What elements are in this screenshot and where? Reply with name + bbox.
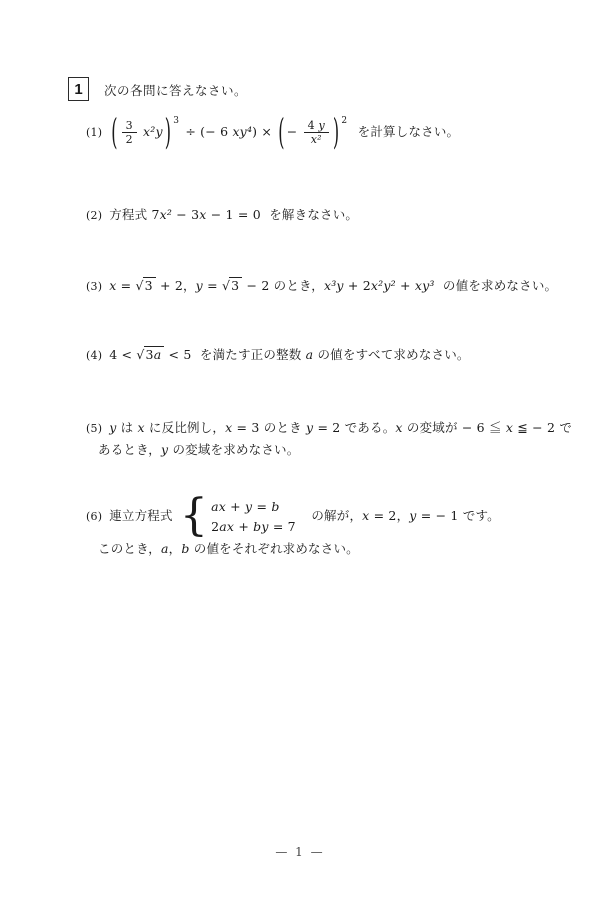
math-text: ≦ − 2 で (513, 420, 572, 435)
problem-6-line1: 連立方程式 {ax + y = b2ax + by = 7 の解が，x = 2，… (109, 508, 500, 523)
square-root: √3a (136, 347, 164, 362)
math-text: ÷ (− 6 (181, 124, 232, 139)
math-text: は (116, 420, 137, 435)
problem-4-math: 4 < √3a < 5 を満たす正の整数 a の値をすべて求めなさい。 (109, 347, 469, 362)
problem-2-math: 方程式 7x² − 3x − 1 = 0 を解きなさい。 (109, 207, 358, 222)
fraction: 4 yx² (304, 119, 329, 146)
math-variable: b (271, 499, 279, 514)
math-variable: ax (219, 519, 234, 534)
brace-icon: { (180, 494, 208, 538)
math-text: = 7 (269, 519, 296, 534)
math-text: 連立方程式 (109, 508, 177, 523)
math-text: ， (169, 541, 182, 556)
math-variable: b (181, 541, 189, 556)
radicand: 3a (144, 346, 165, 363)
square-root: √3 (135, 278, 155, 293)
math-text: 4 (308, 119, 319, 132)
equation-1: ax + y = b (211, 499, 296, 514)
instruction-text: 次の各問に答えなさい。 (104, 81, 247, 99)
problem-1: (1)(32 x²y)3 ÷ (− 6 xy⁴) × (− 4 yx²)2 を計… (86, 119, 584, 146)
paren-icon: ( (111, 115, 117, 150)
math-text: = − 1 です。 (417, 508, 500, 523)
math-text: + (396, 278, 415, 293)
math-text: = 3 のとき (232, 420, 306, 435)
equation-2: 2ax + by = 7 (211, 519, 296, 534)
math-text: を計算しなさい。 (349, 124, 459, 139)
math-variable: a (154, 347, 162, 362)
math-text: あるとき， (98, 442, 161, 457)
math-variable: xy⁴ (232, 124, 252, 139)
paren-icon: ( (278, 115, 284, 150)
math-text: このとき， (98, 541, 161, 556)
paren-icon: ) (165, 115, 171, 150)
math-variable: xy³ (415, 278, 435, 293)
math-text: 3 (231, 278, 239, 293)
math-text: = (116, 278, 135, 293)
numerator: 3 (122, 119, 137, 132)
equations: ax + y = b2ax + by = 7 (211, 499, 296, 534)
fraction: 32 (122, 119, 137, 146)
problem-3: (3)x = √3 + 2，y = √3 − 2 のとき，x³y + 2x²y²… (86, 275, 584, 297)
denominator: x² (304, 132, 329, 146)
math-text: = 2， (369, 508, 409, 523)
problem-4: (4)4 < √3a < 5 を満たす正の整数 a の値をすべて求めなさい。 (86, 344, 584, 366)
math-text: + 2 (344, 278, 371, 293)
math-text: に反比例し， (145, 420, 225, 435)
math-variable: x (138, 420, 145, 435)
exponent: 2 (341, 114, 347, 130)
problem-6-label: (6) (86, 510, 102, 523)
math-text: の解が， (299, 508, 362, 523)
math-text: = 2 である。 (313, 420, 395, 435)
problem-5-line2: あるとき，y の変域を求めなさい。 (98, 442, 299, 457)
math-text: 3 (145, 278, 153, 293)
math-text: の変域が − 6 ≦ (403, 420, 506, 435)
math-text: 2 (211, 519, 219, 534)
math-text: 3 (126, 119, 133, 132)
numerator: 4 y (304, 119, 329, 132)
math-variable: x³y (324, 278, 344, 293)
equation-system: {ax + y = b2ax + by = 7 (180, 494, 296, 538)
denominator: 2 (122, 132, 137, 146)
math-variable: by (253, 519, 268, 534)
problem-2: (2)方程式 7x² − 3x − 1 = 0 を解きなさい。 (86, 204, 584, 226)
exponent: 3 (173, 114, 179, 130)
math-variable: x²y (143, 124, 163, 139)
problem-5: (5)y は x に反比例し，x = 3 のとき y = 2 である。x の変域… (86, 417, 584, 461)
math-text: + (234, 519, 253, 534)
math-text: + 2， (156, 278, 196, 293)
radicand: 3 (143, 277, 156, 294)
math-text: 4 < (109, 347, 136, 362)
math-text: − (287, 124, 302, 139)
math-text: 方程式 7 (109, 207, 159, 222)
math-text: の値をそれぞれ求めなさい。 (190, 541, 359, 556)
paren-icon: ) (333, 115, 339, 150)
math-text: の値をすべて求めなさい。 (313, 347, 469, 362)
exam-page: 1 次の各問に答えなさい。 (1)(32 x²y)3 ÷ (− 6 xy⁴) ×… (0, 0, 600, 900)
page-number: — 1 — (0, 845, 600, 859)
math-text: − 3 (172, 207, 199, 222)
math-text: + (226, 499, 245, 514)
radicand: 3 (229, 277, 242, 294)
math-text: − 2 のとき， (242, 278, 324, 293)
problem-6: (6)連立方程式 {ax + y = b2ax + by = 7 の解が，x =… (86, 494, 584, 560)
math-variable: y (319, 119, 325, 132)
question-number-box: 1 (68, 77, 89, 101)
problem-4-label: (4) (86, 349, 102, 362)
problem-3-label: (3) (86, 280, 102, 293)
math-variable: y (196, 278, 203, 293)
math-text: − 1 = 0 を解きなさい。 (207, 207, 359, 222)
problem-6-line2: このとき，a，b の値をそれぞれ求めなさい。 (98, 541, 359, 556)
math-variable: y (409, 508, 416, 523)
math-variable: x² (311, 133, 322, 146)
math-text: = (252, 499, 271, 514)
math-text: 3 (146, 347, 154, 362)
math-variable: x² (160, 207, 172, 222)
math-variable: ax (211, 499, 226, 514)
problem-2-label: (2) (86, 209, 102, 222)
math-variable: x²y² (371, 278, 396, 293)
math-text: < 5 を満たす正の整数 (164, 347, 305, 362)
problem-1-label: (1) (86, 126, 102, 139)
problem-5-line1: y は x に反比例し，x = 3 のとき y = 2 である。x の変域が −… (109, 420, 572, 435)
math-text: の変域を求めなさい。 (168, 442, 299, 457)
math-variable: a (161, 541, 169, 556)
math-variable: x (199, 207, 206, 222)
math-text: ) × (252, 124, 276, 139)
problem-1-math: (32 x²y)3 ÷ (− 6 xy⁴) × (− 4 yx²)2 を計算しな… (109, 124, 459, 139)
math-text: 2 (126, 133, 133, 146)
problem-5-label: (5) (86, 422, 102, 435)
square-root: √3 (222, 278, 242, 293)
math-text: = (203, 278, 222, 293)
math-text: の値を求めなさい。 (435, 278, 558, 293)
problem-3-math: x = √3 + 2，y = √3 − 2 のとき，x³y + 2x²y² + … (109, 278, 557, 293)
math-variable: x (395, 420, 402, 435)
